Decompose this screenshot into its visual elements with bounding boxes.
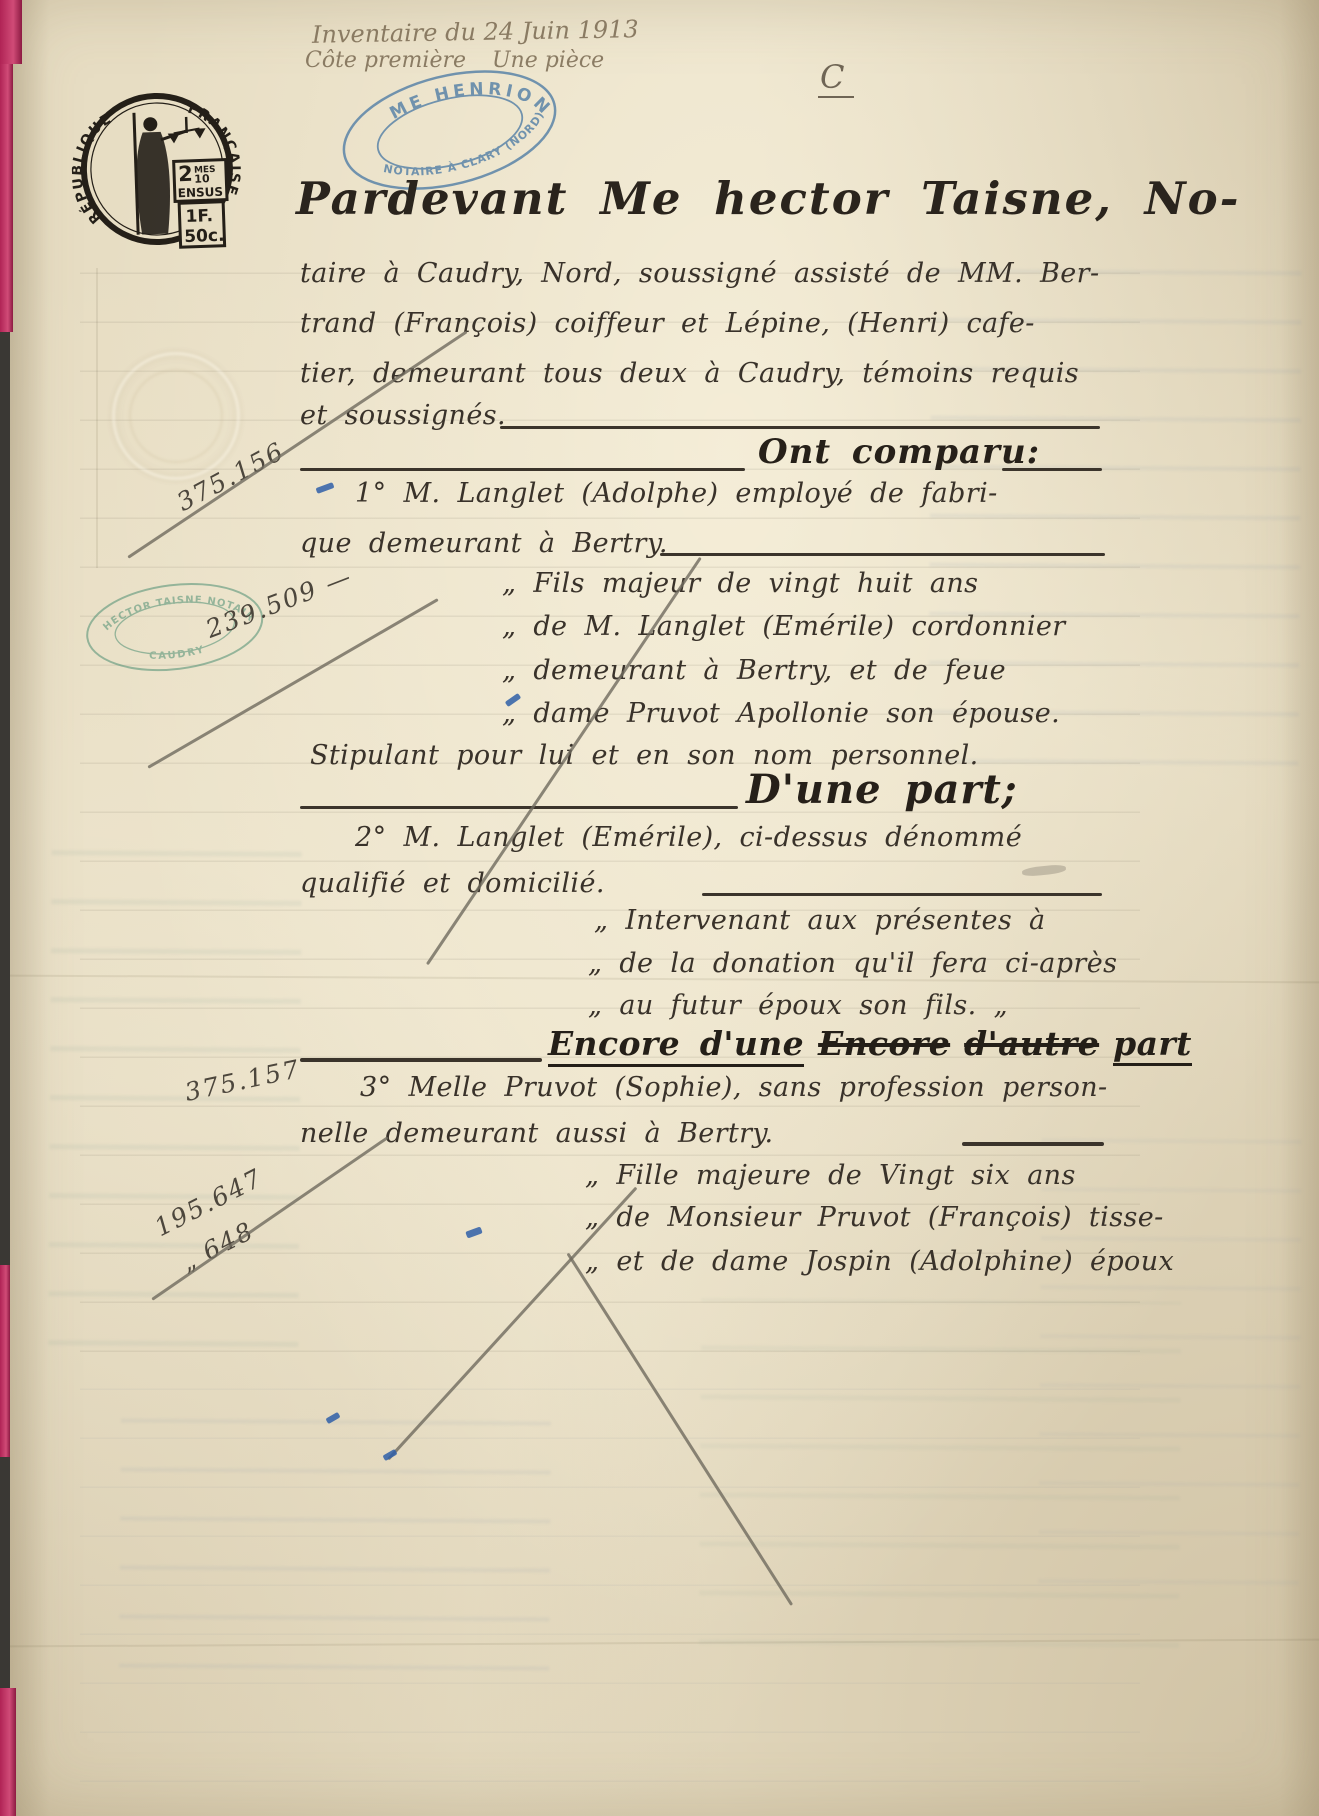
svg-text:ENSUS: ENSUS — [178, 185, 224, 201]
filler-rule — [1002, 468, 1102, 471]
manuscript-line: qualifié et domicilié. — [300, 868, 605, 899]
stamp-surtax-plaque: 2 MES 10 ENSUS — [174, 160, 227, 202]
svg-text:50c.: 50c. — [184, 226, 225, 247]
filler-rule — [660, 553, 1105, 556]
heading-dune-part: D'une part; — [746, 766, 1018, 813]
taisne-stamp-city: CAUDRY — [148, 644, 207, 665]
filler-rule — [962, 1142, 1104, 1146]
heading-ont-comparu: Ont comparu: — [758, 432, 1040, 472]
heading-pardevant: Pardevant Me hector Taisne, No- — [296, 172, 1240, 225]
encore-struck-text: Encore — [818, 1024, 950, 1063]
encore-kept-text: Encore d'une — [548, 1024, 804, 1067]
binding-ribbon — [0, 1688, 16, 1816]
manuscript-line: taire à Caudry, Nord, soussigné assisté … — [300, 258, 1099, 289]
paper-crease — [96, 268, 98, 568]
svg-text:10: 10 — [194, 172, 210, 186]
manuscript-line: 2° M. Langlet (Emérile), ci-dessus dénom… — [355, 822, 1022, 853]
manuscript-line: „ demeurant à Bertry, et de feue — [502, 655, 1006, 686]
manuscript-line: trand (François) coiffeur et Lépine, (He… — [300, 308, 1035, 339]
manuscript-line: 1° M. Langlet (Adolphe) employé de fabri… — [355, 478, 998, 509]
inventory-annotation: Inventaire du 24 Juin 1913 — [312, 15, 639, 49]
manuscript-line: „ au futur époux son fils. „ — [588, 990, 1008, 1021]
manuscript-line: „ de Monsieur Pruvot (François) tisse- — [585, 1202, 1164, 1233]
filler-rule — [702, 893, 1102, 896]
manuscript-line: „ Intervenant aux présentes à — [594, 905, 1046, 936]
binding-ribbon — [0, 0, 22, 64]
manuscript-line: que demeurant à Bertry. — [300, 528, 668, 559]
svg-text:CAUDRY: CAUDRY — [148, 644, 207, 665]
manuscript-line: et soussignés. — [300, 400, 506, 431]
embossed-seal — [112, 352, 240, 480]
ink-bleedthrough — [48, 819, 302, 1381]
manuscript-line: 3° Melle Pruvot (Sophie), sans professio… — [360, 1072, 1108, 1103]
stamp-republique-text: RÉPUBLIQUE — [69, 110, 119, 227]
filler-rule — [300, 806, 738, 809]
stamp-value-plaque: 1F. 50c. — [179, 202, 225, 248]
manuscript-line: „ Fils majeur de vingt huit ans — [502, 568, 978, 599]
filler-rule — [300, 1058, 542, 1062]
binding-ribbon — [0, 1265, 10, 1457]
svg-text:2: 2 — [178, 162, 193, 186]
corner-mark: C — [818, 58, 854, 98]
revenue-stamp: RÉPUBLIQUE FRANÇAISE 2 MES 10 — [69, 79, 245, 264]
line-encore-part: Encore d'uneEncored'autrepart — [548, 1024, 1192, 1063]
filler-rule — [300, 468, 745, 471]
manuscript-line: „ et de dame Jospin (Adolphine) époux — [585, 1246, 1174, 1277]
svg-text:1F.: 1F. — [185, 206, 213, 227]
encore-kept-text: part — [1113, 1024, 1192, 1066]
ink-bleedthrough — [1038, 1119, 1301, 1621]
manuscript-line: „ de la donation qu'il fera ci-après — [588, 948, 1117, 979]
encore-struck-text: d'autre — [964, 1024, 1099, 1063]
manuscript-line: „ de M. Langlet (Emérile) cordonnier — [502, 611, 1066, 642]
binding-ribbon — [0, 64, 13, 332]
scanned-notarial-document: Inventaire du 24 Juin 1913 Côte première… — [0, 0, 1319, 1816]
manuscript-line: nelle demeurant aussi à Bertry. — [300, 1118, 774, 1149]
svg-text:RÉPUBLIQUE: RÉPUBLIQUE — [69, 110, 119, 227]
ink-bleedthrough — [119, 1394, 551, 1707]
manuscript-line: „ Fille majeure de Vingt six ans — [585, 1160, 1076, 1191]
filler-rule — [500, 426, 1100, 429]
